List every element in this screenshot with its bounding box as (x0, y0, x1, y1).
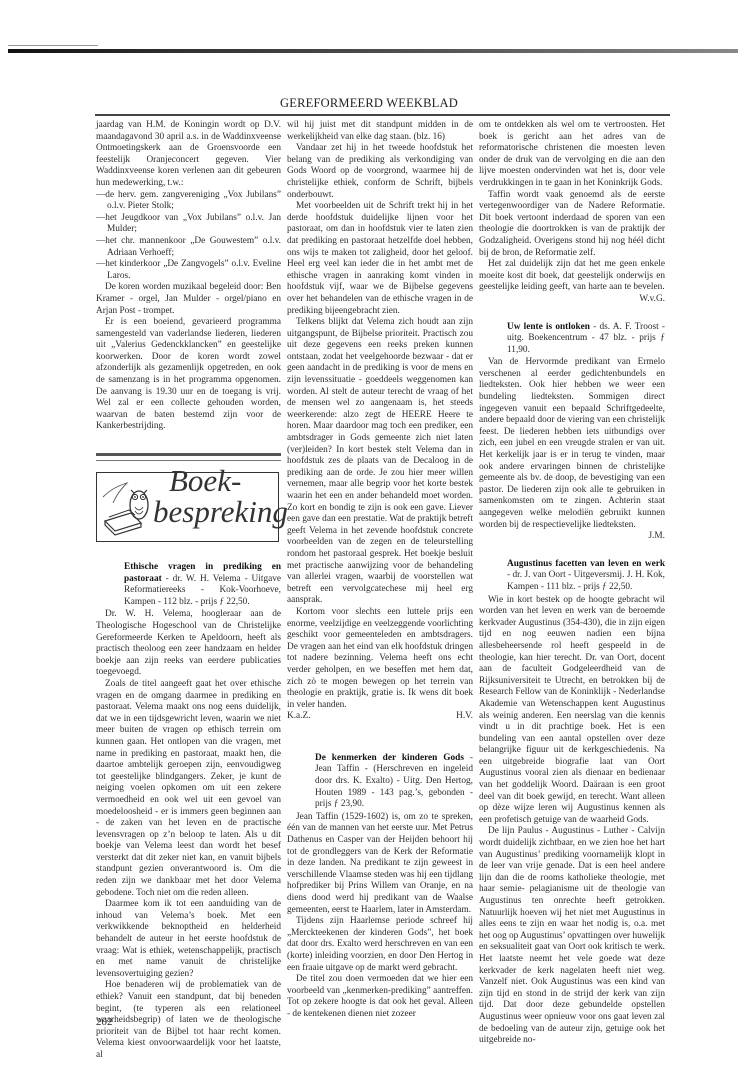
author-signature: W.v.G. (479, 294, 665, 306)
choir-item: het Jeugdkoor van „Vox Jubilans” o.l.v. … (96, 213, 281, 236)
paragraph: Met voorbeelden uit de Schrift trekt hij… (287, 201, 473, 317)
column-3: om te ontdekken als wel om te vertrooste… (479, 120, 665, 1047)
paragraph: om te ontdekken als wel om te vertrooste… (479, 120, 665, 190)
author-signature: H.V. (456, 711, 473, 723)
author-signature: J.M. (479, 531, 665, 543)
review-meta: - dr. J. van Oort - Uitgeversmij. J. H. … (507, 570, 665, 592)
paragraph: Kortom voor slechts een luttele prijs ee… (287, 607, 473, 711)
signature-row: K.a.Z. H.V. (287, 711, 473, 723)
choir-item: de herv. gem. zangvereniging „Vox Jubila… (96, 190, 281, 213)
column-2: wil hij juist met dit standpunt midden i… (287, 120, 473, 1021)
paragraph: Het zal duidelijk zijn dat het me geen e… (479, 259, 665, 294)
choir-item: het kinderkoor „De Zangvogels” o.l.v. Ev… (96, 259, 281, 282)
review-title: De kenmerken der kinderen Gods (315, 753, 464, 763)
paragraph: Dr. W. H. Velema, hoogleraar aan de Theo… (96, 609, 281, 679)
paragraph: Van de Hervormde predikant van Ermelo ve… (479, 357, 665, 531)
place-abbrev: K.a.Z. (287, 711, 311, 723)
paragraph: Hoe benaderen wij de problematiek van de… (96, 980, 281, 1061)
paragraph: De koren worden muzikaal begeleid door: … (96, 282, 281, 317)
section-divider-thin (96, 460, 281, 461)
top-scan-rule-thin (8, 45, 98, 46)
choir-item: het chr. mannenkoor „De Gouwestem” o.l.v… (96, 236, 281, 259)
paragraph: Taffin wordt vaak genoemd als de eerste … (479, 190, 665, 260)
section-divider (96, 453, 281, 456)
paragraph: Zoals de titel aangeeft gaat het over et… (96, 679, 281, 899)
running-header: GEREFORMEERD WEEKBLAD (0, 96, 738, 111)
paragraph: De titel zou doen vermoeden dat we hier … (287, 974, 473, 1020)
boekbespreking-banner: Boek- bespreking (96, 472, 279, 542)
top-scan-rule (8, 49, 738, 53)
review-title: Uw lente is ontloken (507, 322, 590, 332)
column-1: jaardag van H.M. de Koningin wordt op D.… (96, 120, 281, 1062)
paragraph: Tijdens zijn Haarlemse periode schreef h… (287, 916, 473, 974)
paragraph: Jean Taffin (1529-1602) is, om zo te spr… (287, 812, 473, 916)
owl-on-books-icon (101, 477, 161, 537)
review-heading: Ethische vragen in prediking en pastoraa… (96, 562, 281, 608)
review-title: Augustinus facetten van leven en werk (507, 559, 665, 569)
spacer (479, 306, 665, 322)
banner-title-line2: bespreking (153, 506, 288, 518)
spacer (479, 543, 665, 559)
review-heading: Augustinus facetten van leven en werk - … (479, 559, 665, 594)
page-number: 202 (96, 1016, 113, 1028)
paragraph: De lijn Paulus - Augustinus - Luther - C… (479, 826, 665, 1046)
review-heading: De kenmerken der kinderen Gods - Jean Ta… (287, 753, 473, 811)
concert-intro: jaardag van H.M. de Koningin wordt op D.… (96, 120, 281, 190)
spacer (287, 723, 473, 753)
paragraph: Vandaar zet hij in het tweede hoofdstuk … (287, 143, 473, 201)
review-heading: Uw lente is ontloken - ds. A. F. Troost … (479, 322, 665, 357)
paragraph: Daarmee kom ik tot een aanduiding van de… (96, 899, 281, 980)
paragraph: wil hij juist met dit standpunt midden i… (287, 120, 473, 143)
banner-title-line1: Boek- (169, 475, 241, 487)
choir-list: de herv. gem. zangvereniging „Vox Jubila… (96, 190, 281, 283)
paragraph: Er is een boeiend, gevarieerd programma … (96, 317, 281, 433)
paragraph: Wie in kort bestek op de hoogte gebracht… (479, 595, 665, 827)
header-rule (95, 114, 670, 116)
paragraph: Telkens blijkt dat Velema zich houdt aan… (287, 317, 473, 607)
